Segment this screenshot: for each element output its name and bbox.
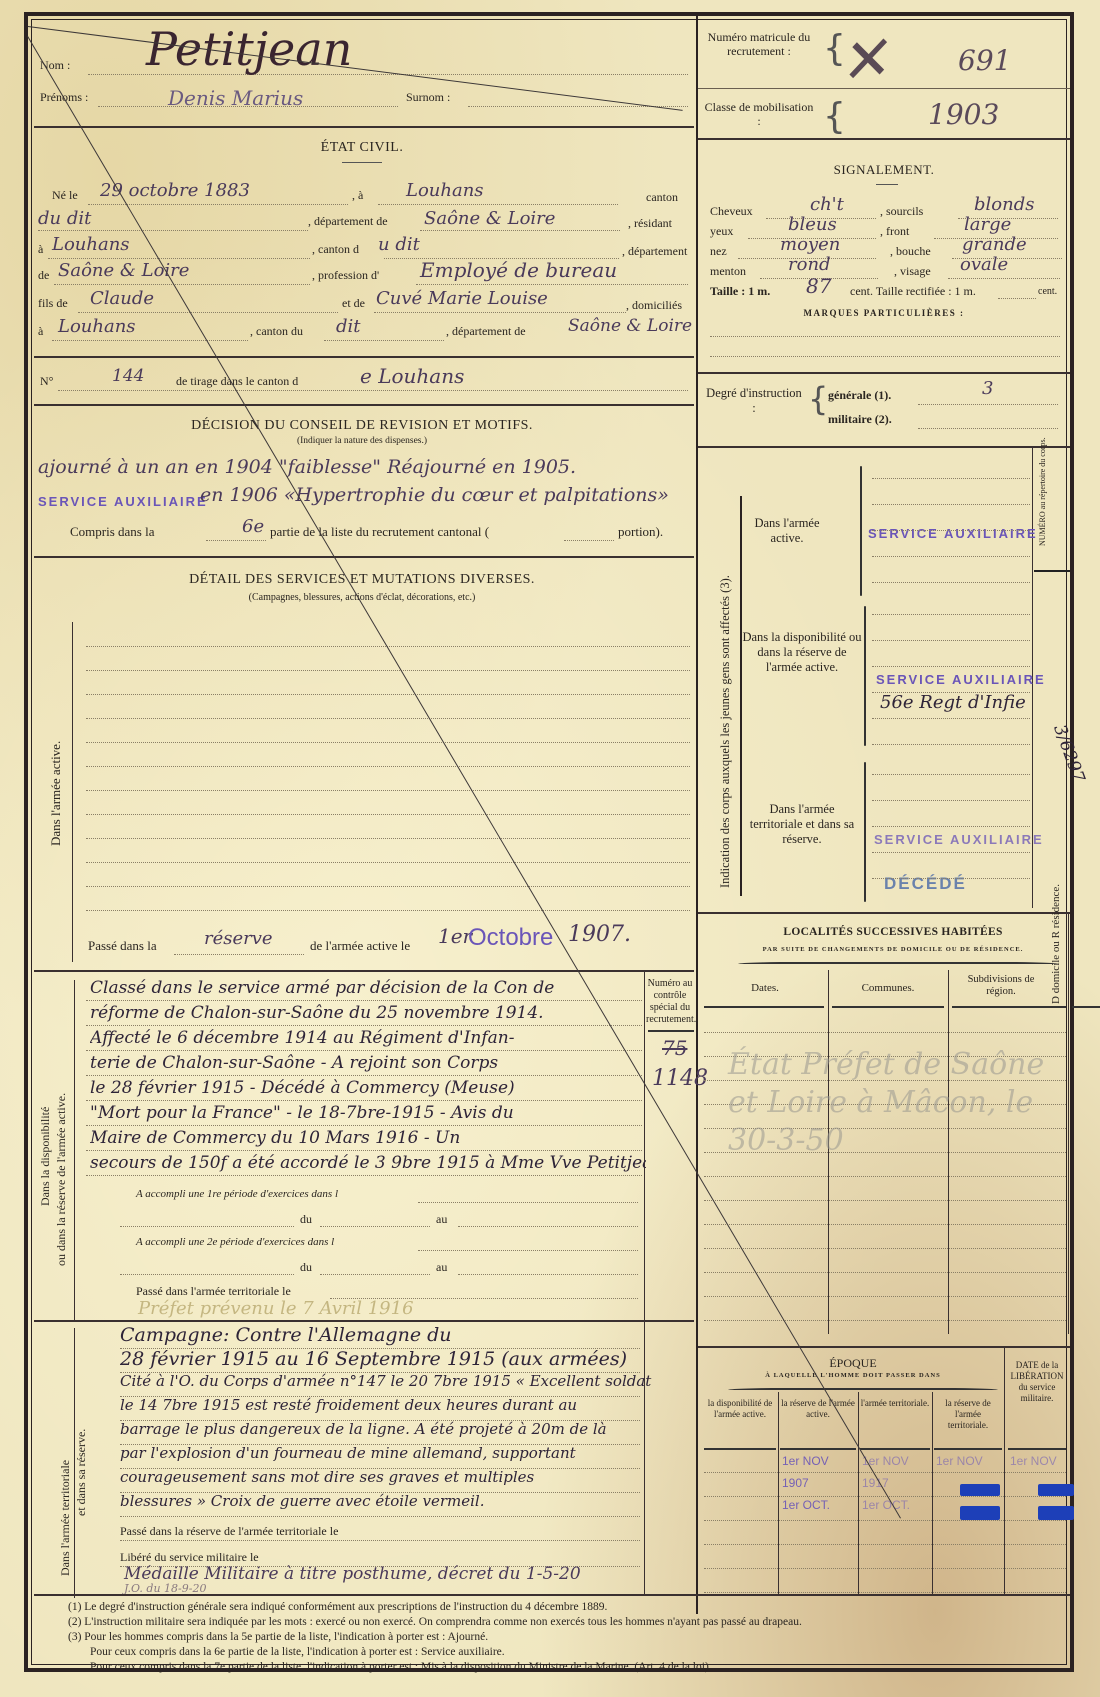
epoque-stamp: 1907 — [782, 1476, 809, 1490]
territoriale-note-line: barrage le plus dangereux de la ligne. A… — [120, 1420, 720, 1438]
repertoire-label: NUMÉRO au répertoire du corps. — [1038, 437, 1048, 546]
dispo-note-line: secours de 150f a été accordé le 3 9bre … — [90, 1153, 646, 1173]
signalement-heading: SIGNALEMENT. — [698, 162, 1070, 178]
military-record-sheet: Nom : Petitjean Prénoms : Denis Marius S… — [24, 12, 1074, 1672]
epoque-column-header: la réserve de l'armée territoriale. — [934, 1398, 1002, 1431]
side-label-dispo-1: Dans la disponibilité — [38, 1107, 53, 1206]
nez-value: moyen — [780, 234, 840, 255]
side-label-terr-1: Dans l'armée territoriale — [58, 1460, 73, 1576]
epoque-heading: ÉPOQUE — [708, 1356, 998, 1371]
territoriale-note-line: Campagne: Contre l'Allemagne du — [120, 1324, 720, 1346]
instruction-generale-value: 3 — [982, 378, 993, 399]
tirage-number: 144 — [112, 366, 144, 386]
nom-value: Petitjean — [146, 22, 352, 76]
cheveux-value: ch't — [810, 194, 844, 215]
prenoms-value: Denis Marius — [168, 86, 303, 110]
corps-side-label: Indication des corps auxquels les jeunes… — [718, 575, 733, 888]
corps-dispo-regiment: 56e Regt d'Infie — [880, 692, 1026, 713]
taille-value: 87 — [806, 274, 831, 298]
marques-label: MARQUES PARTICULIÈRES : — [698, 308, 1070, 318]
footnote: (2) L'instruction militaire sera indiqué… — [68, 1615, 1068, 1630]
dispo-note-line: Affecté le 6 décembre 1914 au Régiment d… — [90, 1028, 646, 1048]
territoriale-note-line: Cité à l'O. du Corps d'armée n°147 le 20… — [120, 1372, 720, 1390]
territoriale-note-line: le 14 7bre 1915 est resté froidement deu… — [120, 1396, 720, 1414]
decision-line-1: ajourné à un an en 1904 "faiblesse" Réaj… — [38, 456, 576, 478]
territoriale-note-line: 28 février 1915 au 16 Septembre 1915 (au… — [120, 1348, 720, 1370]
etat-civil-heading: ÉTAT CIVIL. — [28, 140, 696, 156]
birth-place: Louhans — [406, 180, 484, 201]
side-label-dispo-2: ou dans la réserve de l'armée active. — [54, 1093, 69, 1266]
mother-value: Cuvé Marie Louise — [376, 288, 548, 309]
footnote: Pour ceux compris dans la 6e partie de l… — [68, 1645, 1068, 1660]
corps-terr-label: Dans l'armée territoriale et dans sa rés… — [742, 802, 862, 847]
service-auxiliaire-stamp: SERVICE AUXILIAIRE — [38, 494, 208, 509]
compris-partie: 6e — [242, 516, 264, 537]
menton-value: rond — [788, 254, 831, 275]
corps-active-label: Dans l'armée active. — [742, 516, 832, 546]
octobre-stamp: Octobre — [468, 924, 553, 952]
pencil-prefet-note: État Préfet de Saône et Loire à Mâcon, l… — [728, 1046, 1058, 1160]
repertoire-value: 3/6297 — [1049, 722, 1088, 785]
bouche-value: grande — [962, 234, 1027, 255]
col-communes: Communes. — [830, 982, 946, 994]
footnote: (1) Le degré d'instruction générale sera… — [68, 1600, 1068, 1615]
prefet-prevenu-note: Préfet prévenu le 7 Avril 1916 — [138, 1298, 414, 1319]
departement-value: Saône & Loire — [424, 208, 555, 229]
dispo-note-line: le 28 février 1915 - Décédé à Commercy (… — [90, 1078, 646, 1098]
territoriale-note-line: courageusement sans mot dire ses graves … — [120, 1468, 720, 1486]
front-value: large — [964, 214, 1011, 235]
decision-line-2: en 1906 «Hypertrophie du cœur et palpita… — [200, 484, 669, 506]
visage-value: ovale — [960, 254, 1008, 275]
classe-label: Classe de mobilisation : — [704, 100, 814, 128]
residence-value: Louhans — [52, 234, 130, 255]
matricule-label: Numéro matricule du recrutement : — [704, 30, 814, 58]
corps-active-stamp: SERVICE AUXILIAIRE — [868, 526, 1038, 541]
controle-value-2: 1148 — [652, 1066, 708, 1091]
epoque-stamp: 1er NOV — [782, 1454, 829, 1468]
dispo-note-line: terie de Chalon-sur-Saône - A rejoint so… — [90, 1053, 646, 1073]
epoque-column-header: la disponibilité de l'armée active. — [704, 1398, 776, 1420]
col-dates: Dates. — [704, 982, 826, 994]
matricule-value: 691 — [958, 44, 1011, 77]
decede-stamp: DÉCÉDÉ — [884, 874, 967, 894]
surnom-label: Surnom : — [406, 90, 450, 105]
instruction-label: Degré d'instruction : — [704, 386, 804, 416]
controle-header: Numéro au contrôle spécial du recrutemen… — [646, 978, 694, 1026]
profession-value: Employé de bureau — [420, 258, 617, 282]
canton-value: du dit — [38, 208, 91, 229]
dispo-note-line: "Mort pour la France" - le 18-7bre-1915 … — [90, 1103, 646, 1123]
corps-dispo-label: Dans la disponibilité ou dans la réserve… — [742, 630, 862, 675]
epoque-stamp: 1er OCT. — [782, 1498, 830, 1512]
territoriale-note-line: blessures » Croix de guerre avec étoile … — [120, 1492, 720, 1510]
decision-heading: DÉCISION DU CONSEIL DE REVISION ET MOTIF… — [28, 418, 696, 434]
father-value: Claude — [90, 288, 154, 309]
side-label-active: Dans l'armée active. — [48, 741, 64, 846]
dispo-note-line: Classé dans le service armé par décision… — [90, 978, 646, 998]
liberation-header: DATE de la LIBÉRATION du service militai… — [1006, 1360, 1068, 1404]
footnote: Pour ceux compris dans la 7e partie de l… — [68, 1660, 1068, 1675]
yeux-value: bleus — [788, 214, 837, 235]
dispo-note-line: réforme de Chalon-sur-Saône du 25 novemb… — [90, 1003, 646, 1023]
detail-heading: DÉTAIL DES SERVICES ET MUTATIONS DIVERSE… — [28, 572, 696, 588]
dispo-note-line: Maire de Commercy du 10 Mars 1916 - Un — [90, 1128, 646, 1148]
epoque-stamp: 1er OCT. — [862, 1498, 910, 1512]
corps-terr-stamp: SERVICE AUXILIAIRE — [874, 832, 1044, 847]
territoriale-note-line: par l'explosion d'un fourneau de mine al… — [120, 1444, 720, 1462]
medaille-militaire-note: Médaille Militaire à titre posthume, déc… — [124, 1564, 581, 1584]
side-label-terr-2: et dans sa réserve. — [74, 1429, 89, 1516]
epoque-column-header: l'armée territoriale. — [860, 1398, 930, 1409]
col-subdivisions: Subdivisions de région. — [958, 974, 1044, 998]
epoque-column-header: la réserve de l'armée active. — [780, 1398, 856, 1420]
sourcils-value: blonds — [974, 194, 1034, 215]
footnote: (3) Pour les hommes compris dans la 5e p… — [68, 1630, 1068, 1645]
corps-dispo-stamp: SERVICE AUXILIAIRE — [876, 672, 1046, 687]
localites-heading: LOCALITÉS SUCCESSIVES HABITÉES — [728, 926, 1058, 938]
controle-value-1: 75 — [662, 1036, 687, 1060]
epoque-stamp: 1er NOV — [936, 1454, 983, 1468]
epoque-stamp: 1er NOV — [1010, 1454, 1057, 1468]
classe-value: 1903 — [928, 98, 999, 131]
cancellation-line-top — [28, 26, 683, 111]
